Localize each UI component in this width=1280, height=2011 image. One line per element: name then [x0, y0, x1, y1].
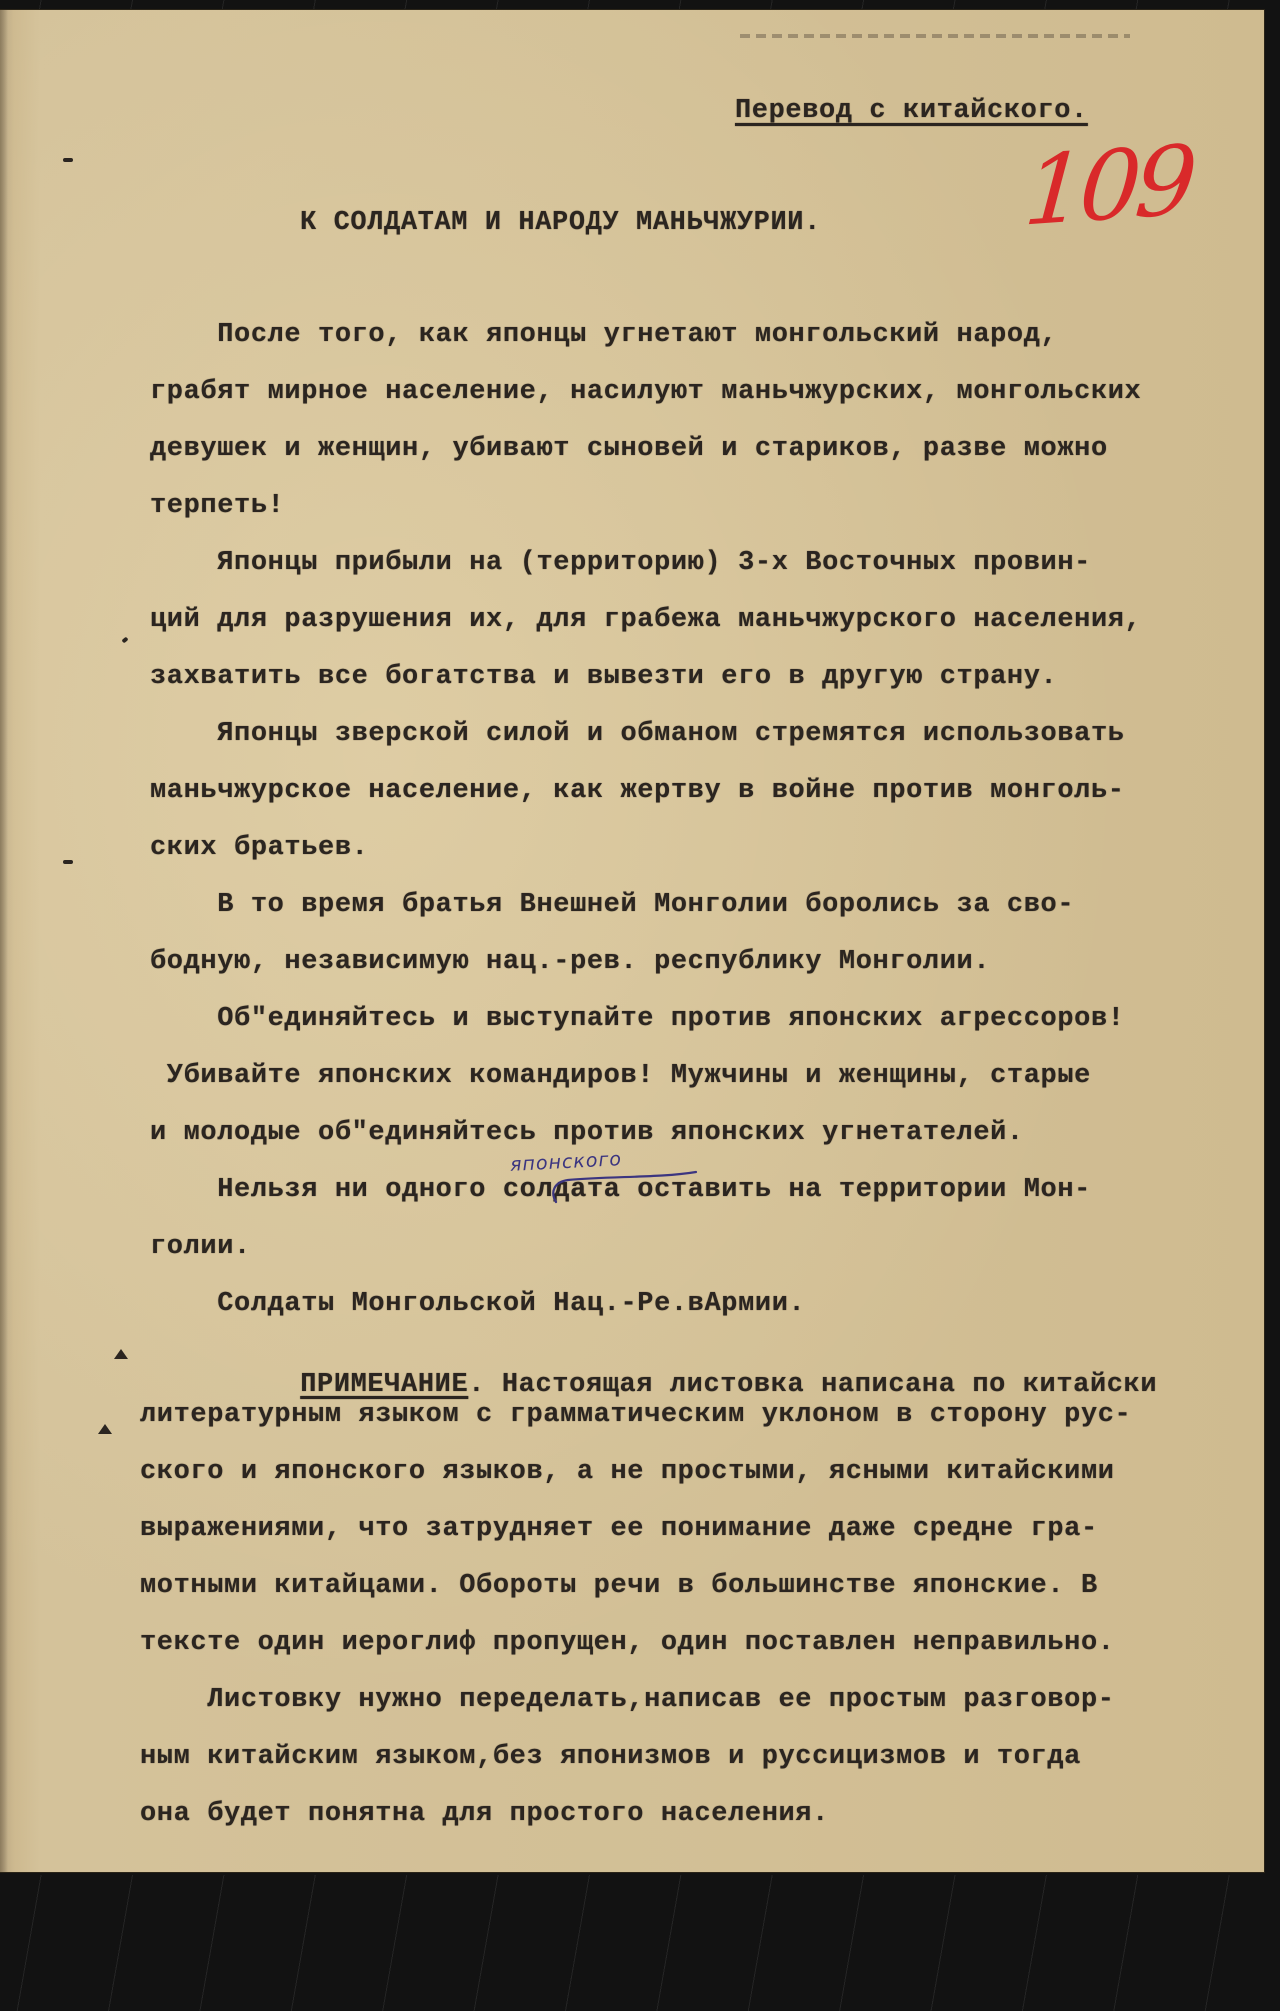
note-line: ным китайским языком,без японизмов и рус…: [140, 1744, 1081, 1771]
body-line: Японцы зверской силой и обманом стремятс…: [150, 721, 1125, 748]
note-line: мотными китайцами. Обороты речи в больши…: [140, 1573, 1098, 1600]
margin-mark: [63, 860, 73, 864]
document-title: К СОЛДАТАМ И НАРОДУ МАНЬЧЖУРИИ.: [300, 210, 821, 237]
document-page: Перевод с китайского. 109 К СОЛДАТАМ И Н…: [0, 10, 1264, 1872]
note-label: ПРИМЕЧАНИЕ: [300, 1370, 468, 1400]
body-line: грабят мирное население, насилуют маньчж…: [150, 379, 1141, 406]
margin-mark: [121, 637, 128, 644]
body-line: Солдаты Монгольской Нац.-Ре.вАрмии.: [150, 1291, 805, 1318]
translation-note-header: Перевод с китайского.: [735, 98, 1088, 125]
body-line: голии.: [150, 1234, 251, 1261]
body-line: Убивайте японских командиров! Мужчины и …: [150, 1063, 1091, 1090]
body-line: Об"единяйтесь и выступайте против японск…: [150, 1006, 1125, 1033]
body-line: бодную, независимую нац.-рев. республику…: [150, 949, 990, 976]
body-line: В то время братья Внешней Монголии борол…: [150, 892, 1074, 919]
body-line: захватить все богатства и вывезти его в …: [150, 664, 1057, 691]
body-line: девушек и женщин, убивают сыновей и стар…: [150, 436, 1108, 463]
insertion-caret-icon: [540, 1170, 700, 1204]
body-line: Японцы прибыли на (территорию) 3-х Восто…: [150, 550, 1091, 577]
note-first-line-text: . Настоящая листовка написана по китайск…: [468, 1370, 1157, 1400]
note-line: выражениями, что затрудняет ее понимание…: [140, 1516, 1098, 1543]
archive-background-bottom: [0, 1875, 1280, 2011]
body-line: маньчжурское население, как жертву в вой…: [150, 778, 1125, 805]
margin-mark: [98, 1424, 112, 1434]
bleed-through-text: [740, 34, 1130, 38]
note-line: Листовку нужно переделать,написав ее про…: [140, 1687, 1115, 1714]
note-line: ского и японского языков, а не простыми,…: [140, 1459, 1115, 1486]
body-line: и молодые об"единяйтесь против японских …: [150, 1120, 1024, 1147]
margin-mark: [63, 158, 73, 162]
note-line: тексте один иероглиф пропущен, один пост…: [140, 1630, 1115, 1657]
folio-number: 109: [1021, 132, 1194, 239]
body-line: терпеть!: [150, 493, 284, 520]
body-line: ских братьев.: [150, 835, 368, 862]
body-line: После того, как японцы угнетают монгольс…: [150, 322, 1057, 349]
note-line: литературным языком с грамматическим укл…: [140, 1402, 1131, 1429]
note-line: она будет понятна для простого населения…: [140, 1801, 829, 1828]
body-line: ций для разрушения их, для грабежа маньч…: [150, 607, 1141, 634]
margin-mark: [114, 1349, 128, 1359]
